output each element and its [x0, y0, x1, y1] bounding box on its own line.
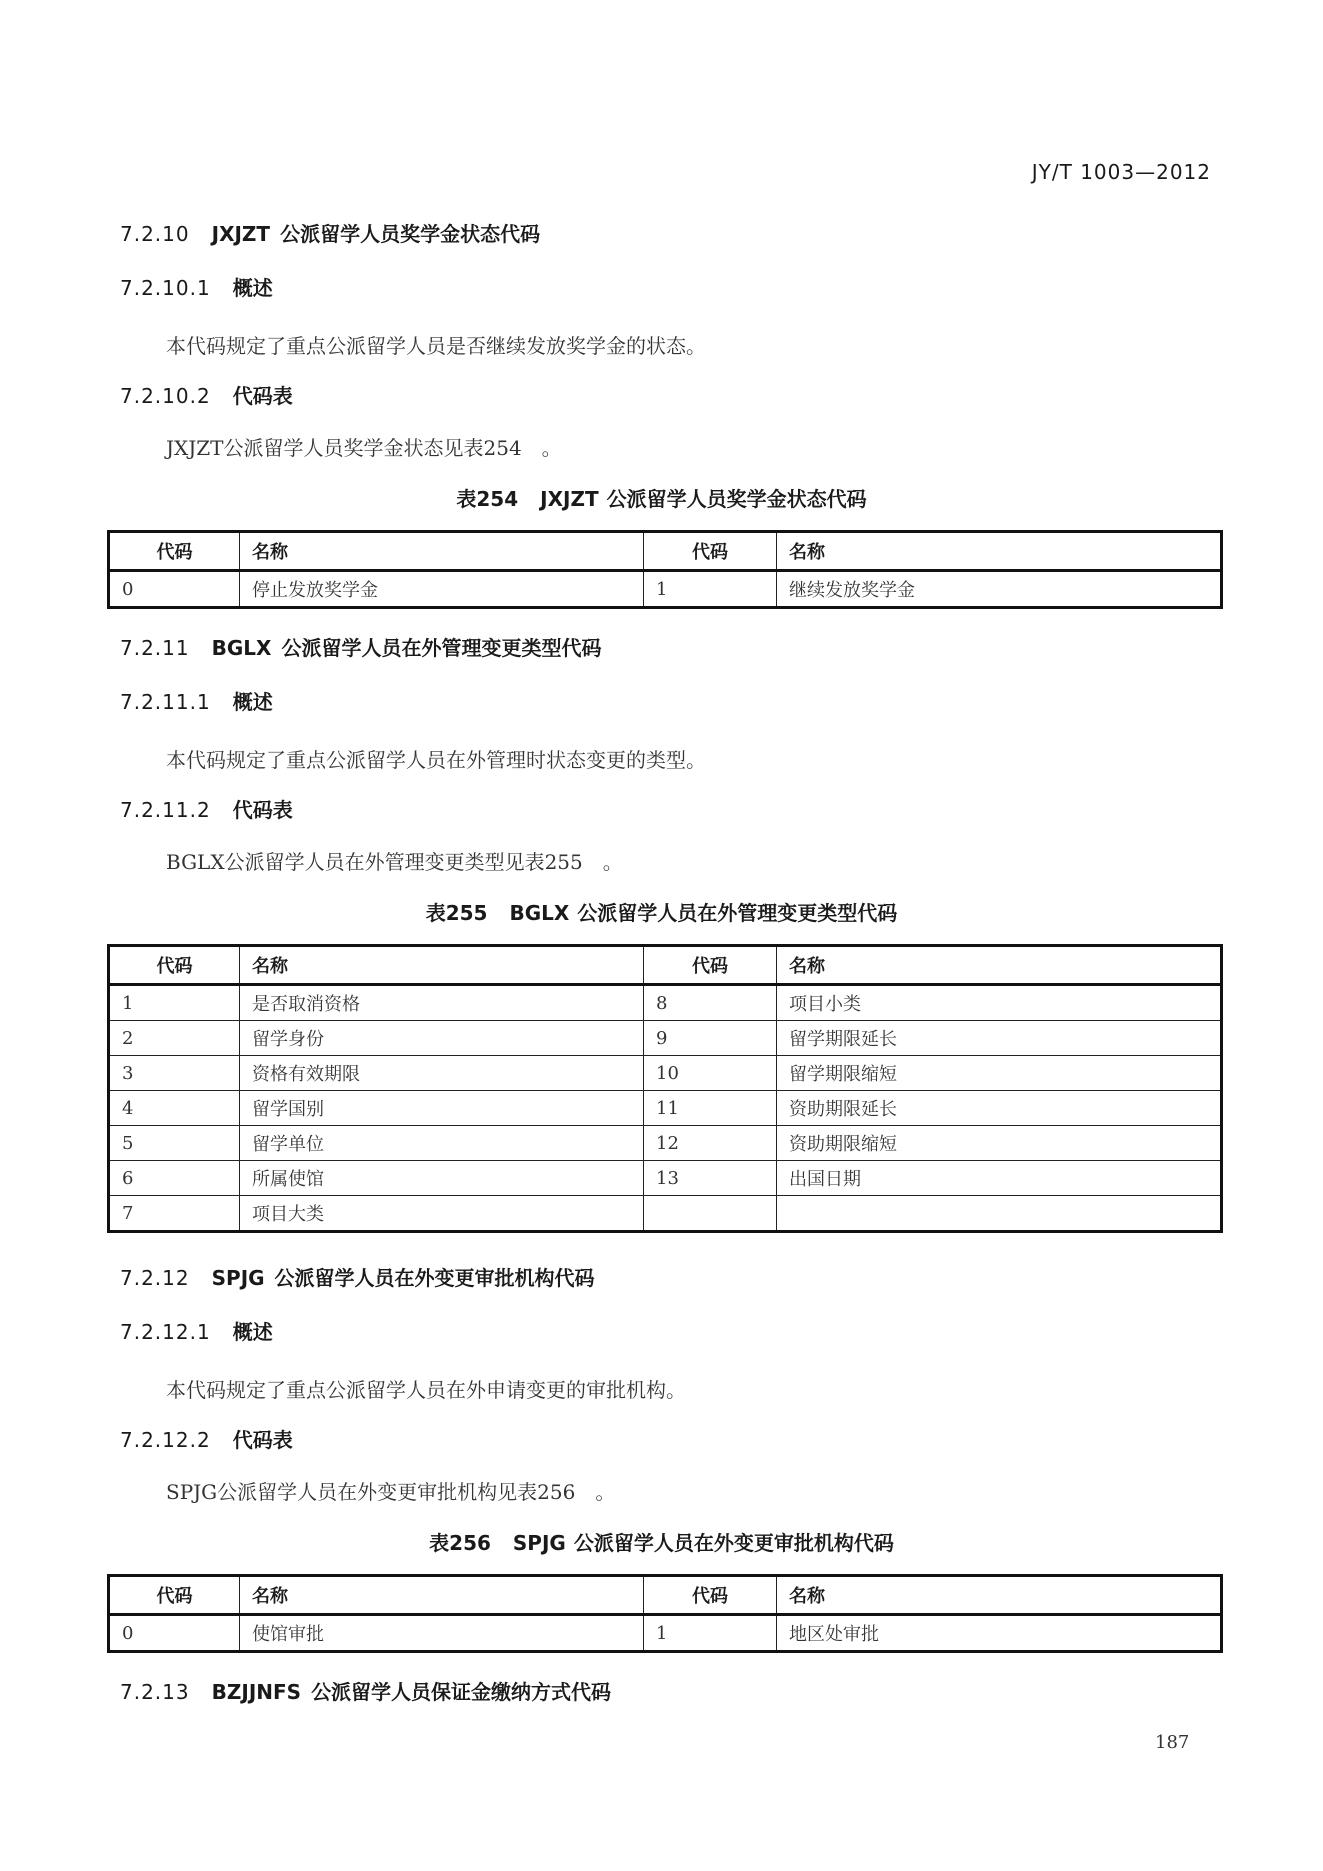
column-header-code: 代码 [644, 1576, 777, 1615]
table-number: 表254 [456, 487, 518, 511]
table-number: 表255 [426, 901, 488, 925]
table-reference-paragraph: JXJZT公派留学人员奖学金状态见表254 。 [166, 432, 562, 461]
section-title: 公派留学人员在外管理变更类型代码 [281, 636, 601, 660]
section-number: 7.2.11 [120, 636, 190, 660]
table-code: BGLX [509, 901, 569, 925]
overview-paragraph: 本代码规定了重点公派留学人员在外管理时状态变更的类型。 [166, 744, 706, 773]
code-table-255: 代码 名称 代码 名称 1 是否取消资格 8 项目小类 2 留学身份 9 留学期… [107, 944, 1223, 1233]
section-heading-7-2-11: 7.2.11BGLX公派留学人员在外管理变更类型代码 [120, 632, 601, 661]
subsection-number: 7.2.12.2 [120, 1428, 211, 1452]
table-row: 0 停止发放奖学金 1 继续发放奖学金 [109, 571, 1222, 608]
subsection-heading-7-2-10-2: 7.2.10.2代码表 [120, 380, 293, 409]
column-header-code: 代码 [644, 946, 777, 985]
table-row: 5 留学单位 12 资助期限缩短 [109, 1126, 1222, 1161]
cell-name: 留学期限缩短 [777, 1056, 1222, 1091]
subsection-number: 7.2.11.2 [120, 798, 211, 822]
cell-code: 3 [109, 1056, 240, 1091]
subsection-title: 概述 [233, 276, 273, 300]
cell-code: 0 [109, 571, 240, 608]
subsection-heading-7-2-12-1: 7.2.12.1概述 [120, 1316, 273, 1345]
table-code: SPJG [513, 1531, 566, 1555]
column-header-name: 名称 [240, 532, 644, 571]
section-number: 7.2.13 [120, 1680, 190, 1704]
column-header-code: 代码 [644, 532, 777, 571]
table-reference-paragraph: BGLX公派留学人员在外管理变更类型见表255 。 [166, 846, 623, 875]
overview-paragraph: 本代码规定了重点公派留学人员在外申请变更的审批机构。 [166, 1374, 686, 1403]
section-heading-7-2-13: 7.2.13BZJJNFS公派留学人员保证金缴纳方式代码 [120, 1676, 611, 1705]
cell-name: 资格有效期限 [240, 1056, 644, 1091]
column-header-name: 名称 [777, 946, 1222, 985]
cell-code: 4 [109, 1091, 240, 1126]
table-row: 7 项目大类 [109, 1196, 1222, 1232]
table-row: 6 所属使馆 13 出国日期 [109, 1161, 1222, 1196]
table-row: 4 留学国别 11 资助期限延长 [109, 1091, 1222, 1126]
cell-name: 是否取消资格 [240, 985, 644, 1021]
column-header-name: 名称 [240, 946, 644, 985]
table-caption-256: 表256SPJG公派留学人员在外变更审批机构代码 [0, 1527, 1323, 1556]
cell-name: 留学期限延长 [777, 1021, 1222, 1056]
table-row: 0 使馆审批 1 地区处审批 [109, 1615, 1222, 1652]
table-header-row: 代码 名称 代码 名称 [109, 532, 1222, 571]
table-title: 公派留学人员奖学金状态代码 [607, 487, 867, 511]
table-row: 3 资格有效期限 10 留学期限缩短 [109, 1056, 1222, 1091]
cell-code: 7 [109, 1196, 240, 1232]
cell-code: 1 [644, 571, 777, 608]
subsection-heading-7-2-11-1: 7.2.11.1概述 [120, 686, 273, 715]
cell-code: 5 [109, 1126, 240, 1161]
section-number: 7.2.10 [120, 222, 190, 246]
cell-name: 资助期限缩短 [777, 1126, 1222, 1161]
cell-name: 出国日期 [777, 1161, 1222, 1196]
cell-name: 使馆审批 [240, 1615, 644, 1652]
table-reference-paragraph: SPJG公派留学人员在外变更审批机构见表256 。 [166, 1476, 615, 1505]
table-row: 1 是否取消资格 8 项目小类 [109, 985, 1222, 1021]
page-number: 187 [1155, 1732, 1189, 1753]
cell-code: 9 [644, 1021, 777, 1056]
subsection-title: 代码表 [233, 1428, 293, 1452]
section-code: BGLX [212, 636, 272, 660]
column-header-name: 名称 [777, 532, 1222, 571]
subsection-title: 代码表 [233, 798, 293, 822]
page-header-standard-id: JY/T 1003—2012 [1032, 160, 1211, 184]
cell-code: 11 [644, 1091, 777, 1126]
cell-code: 1 [109, 985, 240, 1021]
cell-name [777, 1196, 1222, 1232]
subsection-heading-7-2-12-2: 7.2.12.2代码表 [120, 1424, 293, 1453]
cell-name: 地区处审批 [777, 1615, 1222, 1652]
cell-name: 项目小类 [777, 985, 1222, 1021]
section-title: 公派留学人员在外变更审批机构代码 [275, 1266, 595, 1290]
cell-name: 继续发放奖学金 [777, 571, 1222, 608]
table-code: JXJZT [540, 487, 598, 511]
column-header-code: 代码 [109, 946, 240, 985]
column-header-code: 代码 [109, 1576, 240, 1615]
cell-code: 2 [109, 1021, 240, 1056]
subsection-title: 概述 [233, 1320, 273, 1344]
cell-code: 13 [644, 1161, 777, 1196]
cell-name: 留学身份 [240, 1021, 644, 1056]
subsection-number: 7.2.10.1 [120, 276, 211, 300]
cell-name: 所属使馆 [240, 1161, 644, 1196]
table-title: 公派留学人员在外管理变更类型代码 [577, 901, 897, 925]
cell-code: 8 [644, 985, 777, 1021]
code-table-254: 代码 名称 代码 名称 0 停止发放奖学金 1 继续发放奖学金 [107, 530, 1223, 609]
section-number: 7.2.12 [120, 1266, 190, 1290]
subsection-number: 7.2.11.1 [120, 690, 211, 714]
table-header-row: 代码 名称 代码 名称 [109, 1576, 1222, 1615]
section-code: SPJG [212, 1266, 265, 1290]
subsection-heading-7-2-11-2: 7.2.11.2代码表 [120, 794, 293, 823]
section-heading-7-2-12: 7.2.12SPJG公派留学人员在外变更审批机构代码 [120, 1262, 595, 1291]
cell-name: 停止发放奖学金 [240, 571, 644, 608]
cell-code: 0 [109, 1615, 240, 1652]
cell-name: 资助期限延长 [777, 1091, 1222, 1126]
table-header-row: 代码 名称 代码 名称 [109, 946, 1222, 985]
cell-code: 6 [109, 1161, 240, 1196]
subsection-title: 概述 [233, 690, 273, 714]
subsection-number: 7.2.10.2 [120, 384, 211, 408]
table-number: 表256 [429, 1531, 491, 1555]
section-heading-7-2-10: 7.2.10JXJZT公派留学人员奖学金状态代码 [120, 218, 540, 247]
column-header-name: 名称 [240, 1576, 644, 1615]
column-header-code: 代码 [109, 532, 240, 571]
column-header-name: 名称 [777, 1576, 1222, 1615]
subsection-title: 代码表 [233, 384, 293, 408]
cell-code: 1 [644, 1615, 777, 1652]
section-title: 公派留学人员奖学金状态代码 [280, 222, 540, 246]
cell-name: 项目大类 [240, 1196, 644, 1232]
cell-name: 留学国别 [240, 1091, 644, 1126]
table-caption-254: 表254JXJZT公派留学人员奖学金状态代码 [0, 483, 1323, 512]
section-title: 公派留学人员保证金缴纳方式代码 [311, 1680, 611, 1704]
cell-code: 12 [644, 1126, 777, 1161]
overview-paragraph: 本代码规定了重点公派留学人员是否继续发放奖学金的状态。 [166, 330, 706, 359]
section-code: BZJJNFS [212, 1680, 301, 1704]
subsection-heading-7-2-10-1: 7.2.10.1概述 [120, 272, 273, 301]
cell-name: 留学单位 [240, 1126, 644, 1161]
subsection-number: 7.2.12.1 [120, 1320, 211, 1344]
code-table-256: 代码 名称 代码 名称 0 使馆审批 1 地区处审批 [107, 1574, 1223, 1653]
table-title: 公派留学人员在外变更审批机构代码 [574, 1531, 894, 1555]
table-row: 2 留学身份 9 留学期限延长 [109, 1021, 1222, 1056]
cell-code [644, 1196, 777, 1232]
section-code: JXJZT [212, 222, 270, 246]
table-caption-255: 表255BGLX公派留学人员在外管理变更类型代码 [0, 897, 1323, 926]
cell-code: 10 [644, 1056, 777, 1091]
